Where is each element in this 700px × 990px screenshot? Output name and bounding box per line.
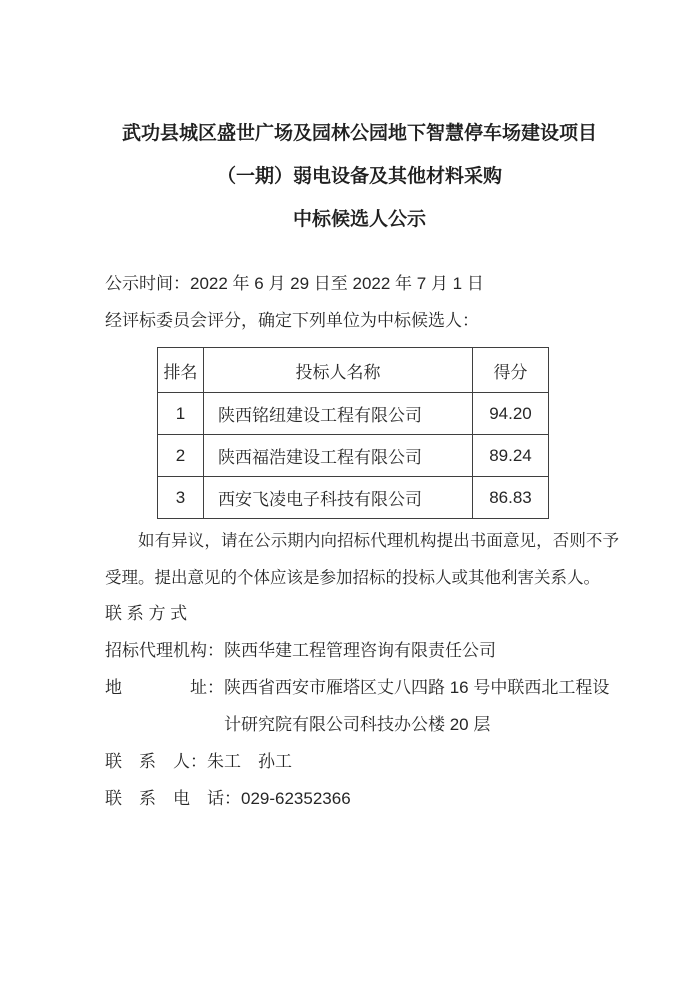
rank-cell: 1: [158, 393, 204, 435]
contact-person-label: 联 系 人：: [105, 743, 207, 780]
phone-value: 029-62352366: [241, 780, 614, 817]
phone-label: 联 系 电 话：: [105, 780, 241, 817]
contact-section: 联 系 方 式 招标代理机构： 陕西华建工程管理咨询有限责任公司 地 址： 陕西…: [105, 595, 614, 817]
bidder-name-cell: 陕西福浩建设工程有限公司: [204, 435, 473, 477]
agency-row: 招标代理机构： 陕西华建工程管理咨询有限责任公司: [105, 632, 614, 669]
title-line-3: 中标候选人公示: [105, 198, 614, 241]
evaluation-note-line: 经评标委员会评分，确定下列单位为中标候选人：: [105, 302, 614, 339]
address-row: 地 址： 陕西省西安市雁塔区丈八四路 16 号中联西北工程设计研究院有限公司科技…: [105, 669, 614, 743]
phone-row: 联 系 电 话： 029-62352366: [105, 780, 614, 817]
document-title: 武功县城区盛世广场及园林公园地下智慧停车场建设项目 （一期）弱电设备及其他材料采…: [105, 112, 614, 241]
objection-notice: 如有异议，请在公示期内向招标代理机构提出书面意见，否则不予受理。提出意见的个体应…: [105, 523, 619, 597]
contact-person-value: 朱工 孙工: [207, 743, 614, 780]
address-value: 陕西省西安市雁塔区丈八四路 16 号中联西北工程设计研究院有限公司科技办公楼 2…: [224, 669, 614, 743]
column-header-bidder: 投标人名称: [204, 348, 473, 393]
document-content: 武功县城区盛世广场及园林公园地下智慧停车场建设项目 （一期）弱电设备及其他材料采…: [0, 0, 700, 817]
title-line-1: 武功县城区盛世广场及园林公园地下智慧停车场建设项目: [105, 112, 614, 155]
title-line-2: （一期）弱电设备及其他材料采购: [105, 155, 614, 198]
contact-heading: 联 系 方 式: [105, 595, 187, 632]
score-cell: 86.83: [473, 477, 549, 519]
rank-cell: 2: [158, 435, 204, 477]
meta-section: 公示时间：2022 年 6 月 29 日至 2022 年 7 月 1 日 经评标…: [105, 265, 614, 339]
table-row: 1 陕西铭纽建设工程有限公司 94.20: [158, 393, 549, 435]
agency-value: 陕西华建工程管理咨询有限责任公司: [224, 632, 614, 669]
candidates-table: 排名 投标人名称 得分 1 陕西铭纽建设工程有限公司 94.20 2 陕西福浩建…: [157, 347, 549, 519]
table-header-row: 排名 投标人名称 得分: [158, 348, 549, 393]
bidder-name-cell: 陕西铭纽建设工程有限公司: [204, 393, 473, 435]
contact-heading-row: 联 系 方 式: [105, 595, 614, 632]
table-row: 2 陕西福浩建设工程有限公司 89.24: [158, 435, 549, 477]
contact-person-row: 联 系 人： 朱工 孙工: [105, 743, 614, 780]
column-header-rank: 排名: [158, 348, 204, 393]
table-row: 3 西安飞凌电子科技有限公司 86.83: [158, 477, 549, 519]
address-label: 地 址：: [105, 669, 224, 706]
agency-label: 招标代理机构：: [105, 632, 224, 669]
score-cell: 89.24: [473, 435, 549, 477]
document-page: 武功县城区盛世广场及园林公园地下智慧停车场建设项目 （一期）弱电设备及其他材料采…: [0, 0, 700, 990]
score-cell: 94.20: [473, 393, 549, 435]
publicity-period-line: 公示时间：2022 年 6 月 29 日至 2022 年 7 月 1 日: [105, 265, 614, 302]
column-header-score: 得分: [473, 348, 549, 393]
rank-cell: 3: [158, 477, 204, 519]
bidder-name-cell: 西安飞凌电子科技有限公司: [204, 477, 473, 519]
